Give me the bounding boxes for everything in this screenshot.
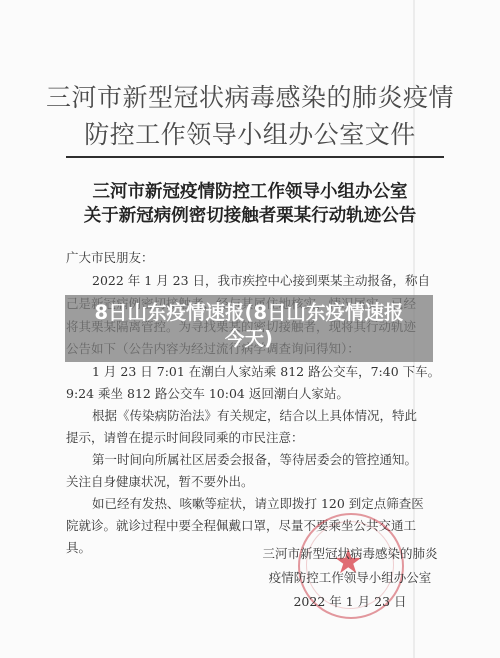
notice-title-line1: 三河市新冠疫情防控工作领导小组办公室 <box>0 178 500 203</box>
signature-line1: 三河市新型冠状病毒感染的肺炎 <box>250 544 450 562</box>
signature-date: 2022 年 1 月 23 日 <box>250 592 450 610</box>
salutation: 广大市民朋友： <box>66 247 436 270</box>
paragraph-line: 提示，请曾在提示时间段同乘的市民注意： <box>66 427 436 450</box>
header-divider <box>66 156 444 158</box>
headline-line2: 今天) <box>65 326 433 352</box>
document-header-line1: 三河市新型冠状病毒感染的肺炎疫情 <box>0 78 500 114</box>
paragraph-line: 关注自身健康状况，暂不要外出。 <box>66 471 436 494</box>
headline-line1: 8日山东疫情速报(8日山东疫情速报 <box>65 300 433 326</box>
paragraph-line: 2022 年 1 月 23 日，我市疾控中心接到栗某主动报备，称自 <box>66 270 462 293</box>
paragraph-line: 9:24 乘坐 812 路公交车 10:04 返回潮白人家站。 <box>66 383 436 406</box>
paragraph-line: 第一时间向所属社区居委会报备，等待居委会的管控通知。 <box>66 449 462 472</box>
notice-title-line2: 关于新冠病例密切接触者栗某行动轨迹公告 <box>0 202 500 227</box>
paragraph-line: 根据《传染病防治法》有关规定，结合以上具体情况，特此 <box>66 405 462 428</box>
paragraph-line: 1 月 23 日 7:01 在潮白人家站乘 812 路公交车，7:40 下车。 <box>66 361 462 384</box>
headline-caption: 8日山东疫情速报(8日山东疫情速报 今天) <box>65 300 433 352</box>
signature-line2: 疫情防控工作领导小组办公室 <box>250 568 450 586</box>
document-header-line2: 防控工作领导小组办公室文件 <box>0 115 500 151</box>
paragraph-line: 如已经有发热、咳嗽等症状，请立即拨打 120 到定点筛查医 <box>66 493 462 516</box>
